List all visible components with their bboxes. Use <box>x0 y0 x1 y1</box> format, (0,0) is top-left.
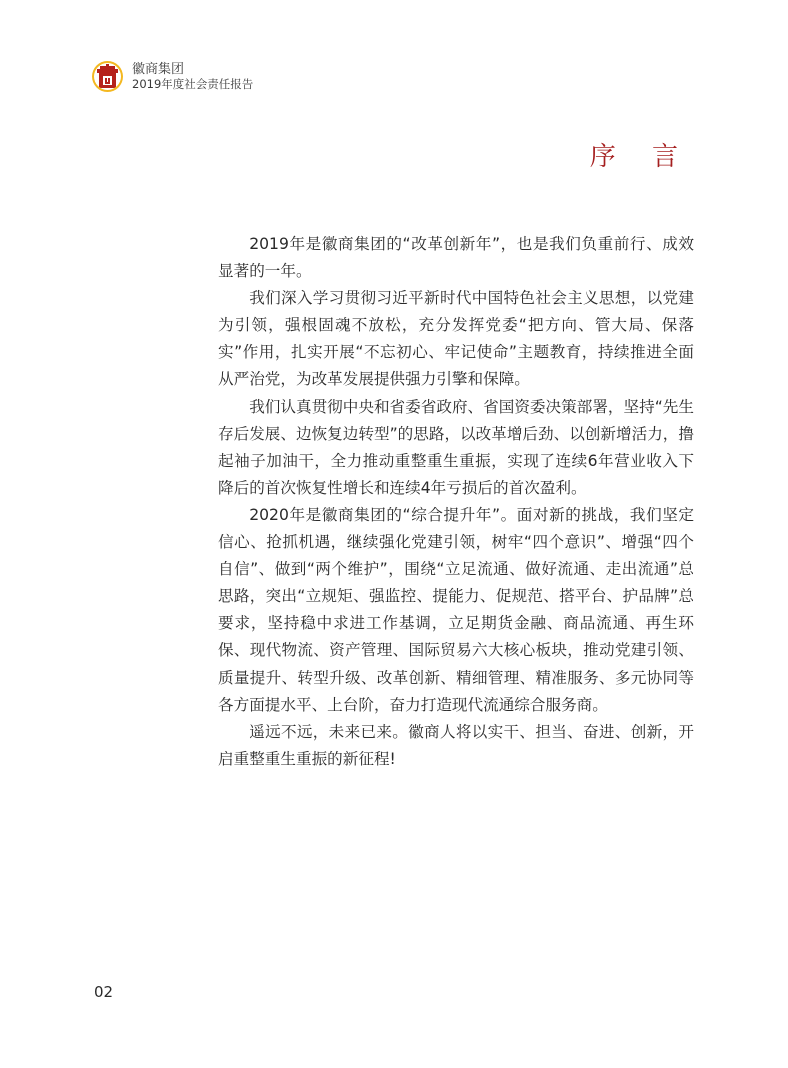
paragraph: 我们认真贯彻中央和省委省政府、省国资委决策部署，坚持“先生存后发展、边恢复边转型… <box>218 394 694 502</box>
preface-body: 2019年是徽商集团的“改革创新年”，也是我们负重前行、成效显著的一年。 我们深… <box>218 231 694 773</box>
paragraph: 我们深入学习贯彻习近平新时代中国特色社会主义思想，以党建为引领，强根固魂不放松，… <box>218 285 694 393</box>
paragraph: 2019年是徽商集团的“改革创新年”，也是我们负重前行、成效显著的一年。 <box>218 231 694 285</box>
company-name: 徽商集团 <box>132 62 253 77</box>
paragraph: 2020年是徽商集团的“综合提升年”。面对新的挑战，我们坚定信心、抢抓机遇，继续… <box>218 502 694 719</box>
report-title: 2019年度社会责任报告 <box>132 77 253 92</box>
report-header: 徽商集团 2019年度社会责任报告 <box>92 61 253 92</box>
huishang-group-logo-icon <box>92 61 123 92</box>
paragraph: 遥远不远，未来已来。徽商人将以实干、担当、奋进、创新，开启重整重生重振的新征程! <box>218 719 694 773</box>
page-number: 02 <box>94 983 113 1001</box>
section-title: 序 言 <box>590 136 692 173</box>
